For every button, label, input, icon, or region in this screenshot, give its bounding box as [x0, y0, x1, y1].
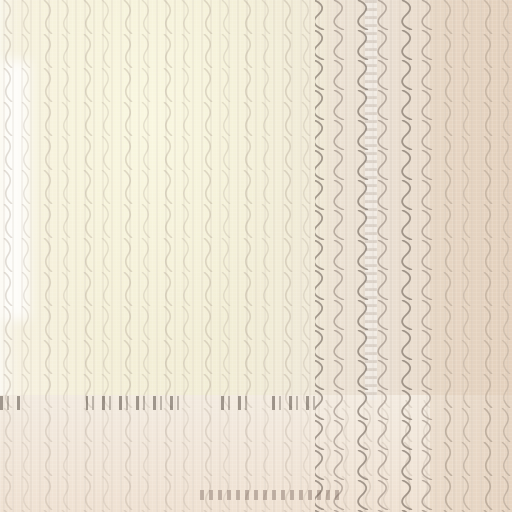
lace-pattern — [0, 0, 512, 512]
lace-border-dots — [0, 396, 330, 410]
lace-bottom-dots — [200, 490, 340, 500]
curtain-photo — [0, 0, 512, 512]
